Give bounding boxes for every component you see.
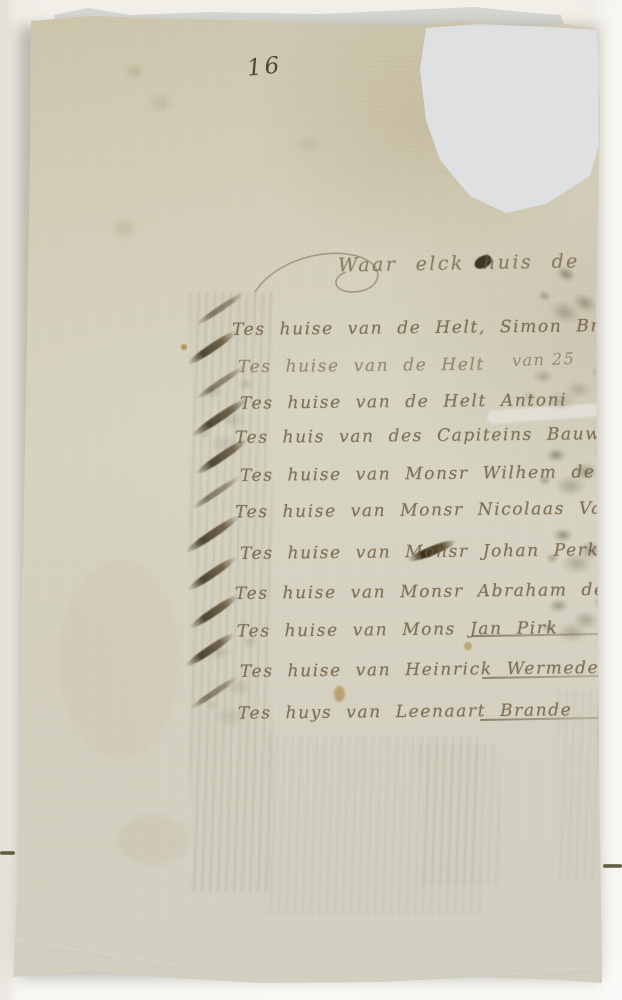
fold-crease <box>15 939 173 966</box>
rust-speck <box>464 642 472 650</box>
manuscript-line: Tes huise van de Helt, Simon Bras <box>232 316 622 340</box>
rust-speck <box>181 344 187 350</box>
rust-speck <box>334 686 345 702</box>
manuscript-line: Tes huise van de Helt Antoni <box>240 390 567 413</box>
manuscript-line: Tes huis van des Capiteins Bauwds <box>235 424 622 448</box>
foxing-spot <box>128 66 142 78</box>
side-note: van 25 <box>512 349 576 370</box>
fold-crease <box>470 967 600 978</box>
manuscript-line: Tes huise van Monsr Johan Perkins <box>240 540 622 564</box>
page-number: 16 <box>246 52 284 82</box>
smudge-band-bottom-right <box>420 745 500 885</box>
manuscript-line: Tes huise van Mons Jan Pirk <box>237 618 559 641</box>
foxing-spot <box>118 815 188 865</box>
foxing-spot <box>60 560 180 760</box>
support-rod-mark-left <box>0 851 15 855</box>
foxing-spot <box>152 96 170 110</box>
manuscript-line: Tes huise van Monsr Nicolaas Vande Werk <box>235 498 622 523</box>
white-repair-patch <box>418 24 600 216</box>
paper-sheet: 16 Waar elck huis de Zij van 25 Tes huis… <box>0 0 622 1000</box>
manuscript-line: Tes huise van Monsr Wilhem de L <box>240 462 622 486</box>
manuscript-line: Tes huise van de Helt <box>238 355 485 378</box>
manuscript-line: Tes huise van Heinrick Wermede <box>240 658 599 682</box>
manuscript-photo: 16 Waar elck huis de Zij van 25 Tes huis… <box>0 0 622 1000</box>
manuscript-line: Tes huise van Monsr Abraham de <box>235 580 606 604</box>
foxing-spot <box>300 138 316 150</box>
support-rod-mark-right <box>603 864 622 868</box>
foxing-spot <box>114 220 134 236</box>
